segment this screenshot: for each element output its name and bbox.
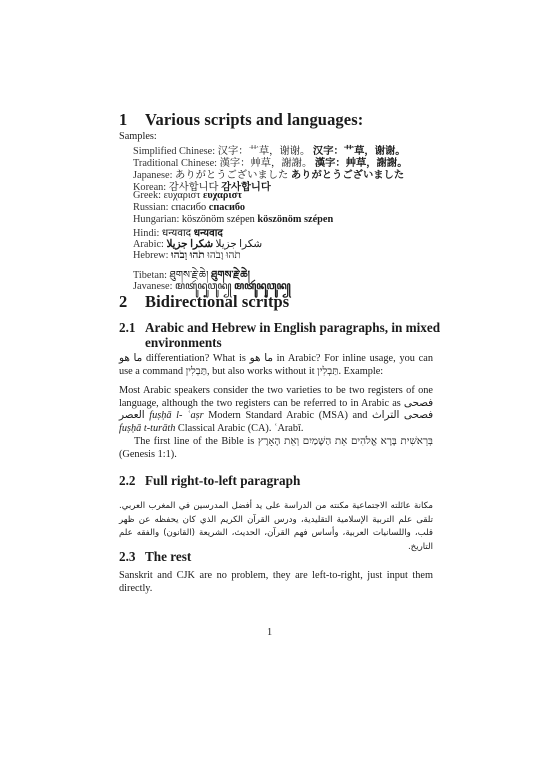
- sample-regular: ꦩꦠꦸꦂꦤꦸꦮꦸꦤ꧀: [175, 281, 232, 292]
- hebrew-inline: תַּבְלִין: [186, 366, 207, 377]
- text: Most Arabic speakers consider the two va…: [119, 385, 433, 409]
- subsection-number: 2.3: [119, 549, 145, 565]
- subsection-number: 2.2: [119, 473, 145, 489]
- sample-regular: شكرا جزيلا: [216, 239, 263, 250]
- subsection-2-1-heading-cont: environments: [145, 335, 222, 351]
- arabic-inline: فصحى التراث: [372, 410, 433, 421]
- text: Classical Arabic (CA).: [175, 423, 274, 434]
- hebrew-inline: תַּבְלִין: [317, 366, 338, 377]
- sample-row: Hebrew: תֹהוּ וָבֹהוּ תֹהוּ וָבֹהוּ: [133, 250, 241, 261]
- subsection-title: The rest: [145, 549, 191, 564]
- sample-row: Arabic: شكرا جزيلا شكرا جزيلا: [133, 238, 262, 250]
- subsection-number: 2.1: [119, 320, 145, 336]
- sample-bold: ꦩꦠꦸꦂꦤꦸꦮꦸꦤ꧀: [234, 281, 291, 292]
- sample-row: Hungarian: köszönöm szépen köszönöm szép…: [133, 214, 333, 225]
- text: The first line of the Bible is: [134, 436, 258, 447]
- subsection-title: Full right-to-left paragraph: [145, 473, 300, 488]
- sample-bold: شكرا جزيلا: [166, 239, 213, 250]
- section-number: 1: [119, 110, 145, 130]
- text: (Genesis 1:1).: [119, 449, 177, 460]
- sample-language-label: Javanese:: [133, 281, 172, 292]
- sample-regular: תֹהוּ וָבֹהוּ: [207, 250, 241, 261]
- sample-bold: köszönöm szépen: [257, 214, 333, 225]
- sample-regular: ευχαριστ: [164, 190, 201, 201]
- samples-label: Samples:: [119, 131, 157, 142]
- sample-bold: спасибо: [209, 202, 245, 213]
- sample-bold: ευχαριστ: [203, 190, 242, 201]
- text: , but also works without it: [207, 366, 317, 377]
- subsection-2-3-heading: 2.3The rest: [119, 549, 191, 565]
- paragraph-rest: Sanskrit and CJK are no problem, they ar…: [119, 570, 433, 595]
- transliteration: fuṣḥā t-turāth: [119, 423, 175, 434]
- paragraph-bidi-1: ما هو differentiation? What is ما هو in …: [119, 353, 433, 378]
- subsection-title: Arabic and Hebrew in English paragraphs,…: [145, 320, 440, 335]
- sample-regular: köszönöm szépen: [182, 214, 255, 225]
- sample-bold: תֹהוּ וָבֹהוּ: [171, 250, 205, 261]
- hebrew-inline: בְּרֵאשִׁית בָּרָא אֱלֹהִים אֵת הַשָּׁמַ…: [258, 436, 433, 447]
- arabic-inline: ما هو: [250, 353, 273, 364]
- subsection-2-1-heading: 2.1Arabic and Hebrew in English paragrap…: [119, 320, 440, 336]
- section-2-heading: 2Bidirectional scritps: [119, 292, 289, 312]
- paragraph-bible: The first line of the Bible is בְּרֵאשִׁ…: [119, 436, 433, 461]
- section-title: Bidirectional scritps: [145, 292, 289, 311]
- sample-language-label: Greek:: [133, 190, 161, 201]
- paragraph-bidi-2: Most Arabic speakers consider the two va…: [119, 385, 433, 435]
- sample-language-label: Russian:: [133, 202, 168, 213]
- text: Modern Standard Arabic (MSA) and: [204, 410, 372, 421]
- sample-bold: ありがとうございました: [291, 170, 404, 181]
- document-page: 1Various scripts and languages: Samples:…: [0, 0, 540, 764]
- subsection-2-2-heading: 2.2Full right-to-left paragraph: [119, 473, 300, 489]
- sample-regular: спасибо: [171, 202, 206, 213]
- text: differentiation? What is: [142, 353, 249, 364]
- text: . Example:: [339, 366, 384, 377]
- arabic-inline: ما هو: [119, 353, 142, 364]
- sample-row: Greek: ευχαριστ ευχαριστ: [133, 190, 242, 201]
- transliteration: fuṣḥā l- ʿaṣr: [149, 410, 203, 421]
- rtl-paragraph: مكانة عائلته الاجتماعية مكنته من الدراسة…: [119, 500, 433, 554]
- sample-language-label: Hungarian:: [133, 214, 179, 225]
- sample-row: Russian: спасибо спасибо: [133, 202, 245, 213]
- sample-language-label: Arabic:: [133, 239, 164, 250]
- section-number: 2: [119, 292, 145, 312]
- page-number: 1: [267, 627, 272, 638]
- sample-language-label: Hebrew:: [133, 250, 168, 261]
- text: ʿArabī.: [274, 423, 303, 434]
- section-1-heading: 1Various scripts and languages:: [119, 110, 363, 130]
- section-title: Various scripts and languages:: [145, 110, 363, 129]
